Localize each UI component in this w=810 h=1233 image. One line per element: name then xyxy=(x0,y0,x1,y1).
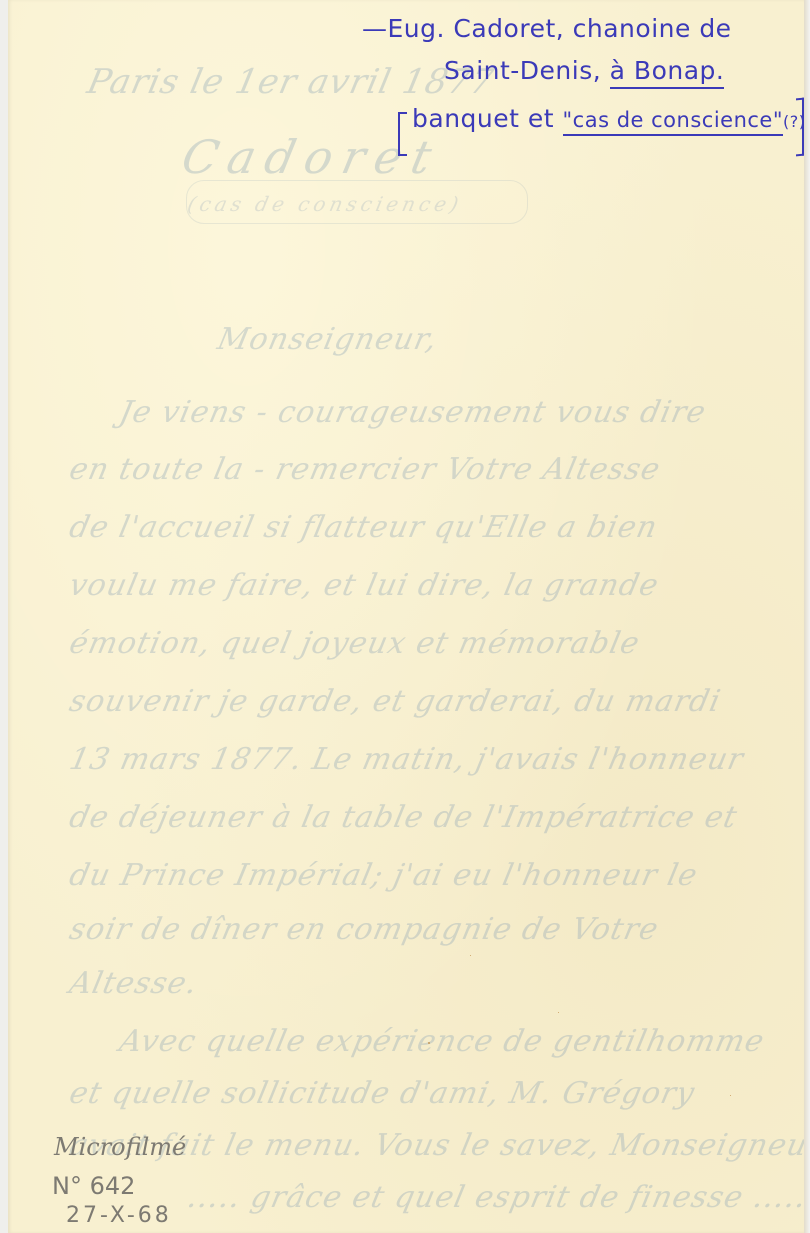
ghost-body-line: de l'accueil si flatteur qu'Elle a bien xyxy=(66,510,661,545)
ghost-body-line: Je viens - courageusement vous dire xyxy=(116,395,709,430)
ghost-salutation: Monseigneur, xyxy=(214,322,440,357)
ghost-body-line: 13 mars 1877. Le matin, j'avais l'honneu… xyxy=(66,742,747,777)
ghost-body-line: émotion, quel joyeux et mémorable xyxy=(66,626,643,661)
ghost-body-line: ..... grâce et quel esprit de finesse ..… xyxy=(184,1180,810,1215)
ghost-header-subject: (cas de conscience) xyxy=(185,192,464,216)
annotation-recipient-underlined: à Bonap. xyxy=(610,56,725,89)
scan-left-margin xyxy=(0,0,8,1233)
annotation-bracket-close xyxy=(796,98,804,157)
scan-right-margin xyxy=(804,0,810,1233)
ghost-body-line: voulu me faire, et lui dire, la grande xyxy=(66,568,662,603)
ghost-header-date: Paris le 1er avril 1877 xyxy=(84,62,498,102)
microfilm-note-date: 27-X-68 xyxy=(66,1203,172,1228)
ghost-body-line: du Prince Impérial; j'ai eu l'honneur le xyxy=(66,858,701,893)
scanned-page: Paris le 1er avril 1877 Cadoret (cas de … xyxy=(0,0,810,1233)
annotation-author-line: —Eug. Cadoret, chanoine de xyxy=(362,14,732,43)
ghost-body-line: de déjeuner à la table de l'Impératrice … xyxy=(66,800,740,835)
annotation-place: Saint-Denis, xyxy=(444,56,610,85)
letter-sheet: Paris le 1er avril 1877 Cadoret (cas de … xyxy=(8,0,804,1233)
ghost-body-line: soir de dîner en compagnie de Votre xyxy=(66,912,662,947)
ghost-body-line: souvenir je garde, et garderai, du mardi xyxy=(66,684,724,719)
ghost-body-line: en toute la - remercier Votre Altesse xyxy=(66,452,663,487)
microfilm-note-number: N° 642 xyxy=(52,1172,135,1200)
microfilm-note-label: Microfilmé xyxy=(54,1133,186,1161)
ghost-body-line: Avec quelle expérience de gentilhomme xyxy=(116,1024,767,1059)
annotation-bracket-open xyxy=(398,112,407,156)
annotation-subject-prefix: banquet et xyxy=(412,104,563,133)
ghost-body-line: et quelle sollicitude d'ami, M. Grégory xyxy=(66,1076,698,1111)
annotation-recipient-line: Saint-Denis, à Bonap. xyxy=(444,56,724,85)
annotation-subject-line: banquet et "cas de conscience"(?) xyxy=(412,104,806,133)
annotation-subject-underlined: "cas de conscience" xyxy=(563,108,784,136)
ghost-body-line: Altesse. xyxy=(66,966,201,1001)
